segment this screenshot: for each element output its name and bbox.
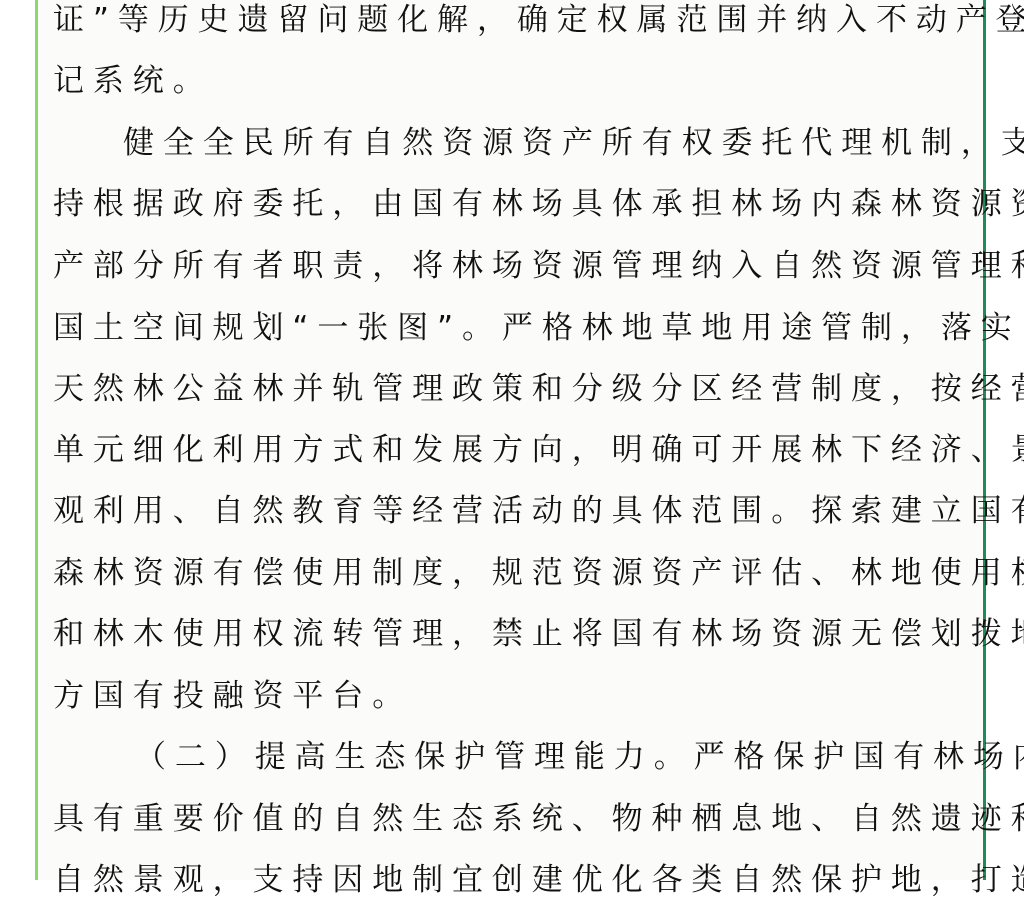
text-line: 具有重要价值的自然生态系统、物种栖息地、自然遗迹和 [53,789,1024,850]
text-line: 自然景观，支持因地制宜创建优化各类自然保护地，打造 [53,850,1024,880]
document-page: 证”等历史遗留问题化解，确定权属范围并纳入不动产登 记系统。 健全全民所有自然资… [35,0,986,880]
text-line: 方国有投融资平台。 [53,666,412,727]
text-line: 观利用、自然教育等经营活动的具体范围。探索建立国有 [53,481,1024,542]
text-line: 森林资源有偿使用制度，规范资源资产评估、林地使用权 [53,543,1024,604]
text-line: 产部分所有者职责，将林场资源管理纳入自然资源管理和 [53,236,1024,297]
text-line: 天然林公益林并轨管理政策和分级分区经营制度，按经营 [53,359,1024,420]
paragraph-start-line: 健全全民所有自然资源资产所有权委托代理机制，支 [53,113,1024,174]
text-line: 持根据政府委托，由国有林场具体承担林场内森林资源资 [53,174,1024,235]
section-heading-line: （二）提高生态保护管理能力。严格保护国有林场内 [53,727,1024,788]
text-line: 国土空间规划“一张图”。严格林地草地用途管制，落实 [53,298,1021,359]
text-line: 证”等历史遗留问题化解，确定权属范围并纳入不动产登 [53,0,1024,51]
text-line: 记系统。 [53,51,213,112]
text-line: 和林木使用权流转管理，禁止将国有林场资源无偿划拨地 [53,604,1024,665]
text-line: 单元细化利用方式和发展方向，明确可开展林下经济、景 [53,420,1024,481]
